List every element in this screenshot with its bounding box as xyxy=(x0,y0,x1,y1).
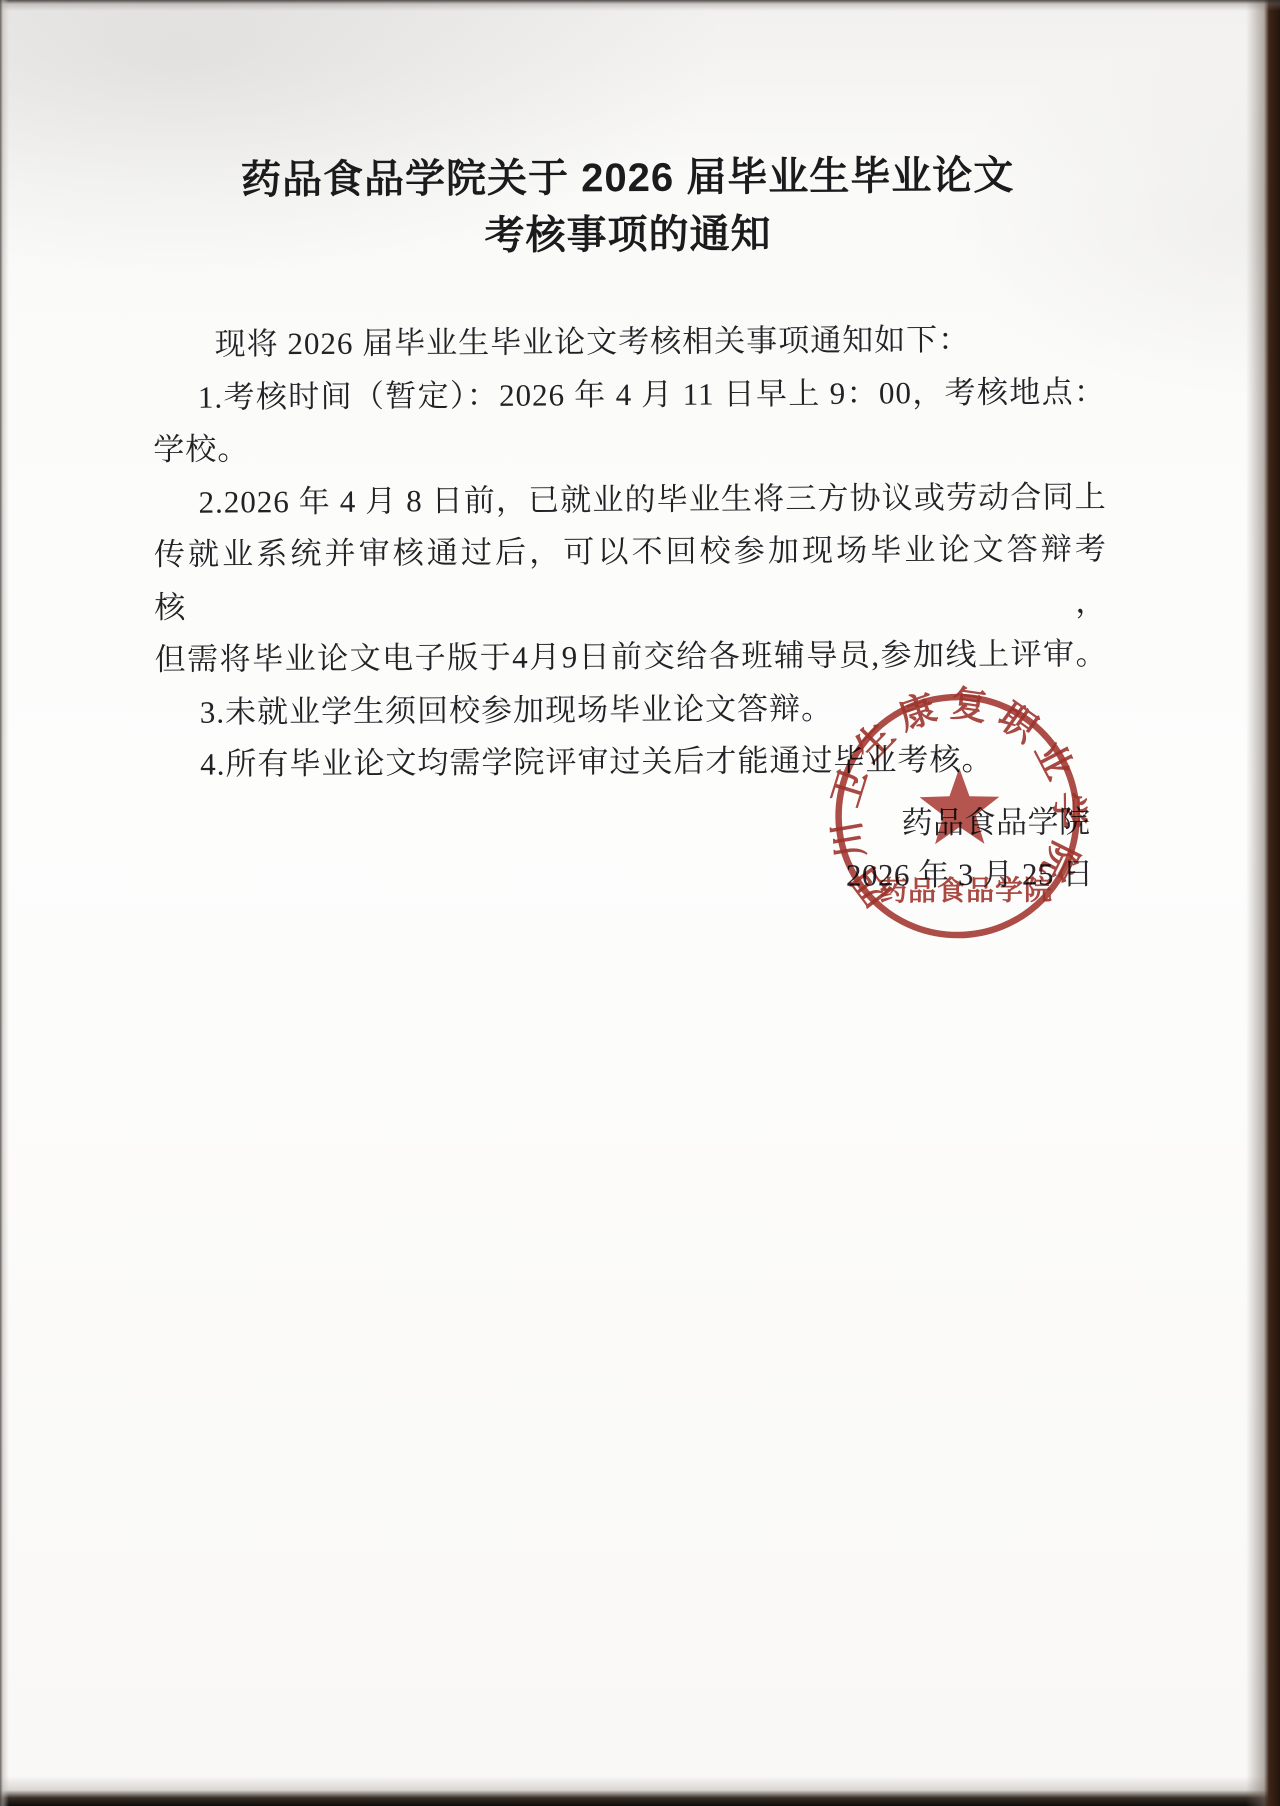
body-line: 现将 2026 届毕业生毕业论文考核相关事项通知如下： xyxy=(153,313,1106,371)
notice-title-line2: 考核事项的通知 xyxy=(0,203,1259,268)
body-line: 但需将毕业论文电子版于4月9日前交给各班辅导员,参加线上评审。 xyxy=(154,628,1107,686)
notice-body: 现将 2026 届毕业生毕业论文考核相关事项通知如下： 1.考核时间（暂定）：2… xyxy=(153,313,1109,791)
scanned-notice-page: 药品食品学院关于 2026 届毕业生毕业论文 考核事项的通知 现将 2026 届… xyxy=(0,0,1280,1806)
body-line: 传就业系统并审核通过后，可以不回校参加现场毕业论文答辩考核， xyxy=(154,523,1108,634)
body-line: 学校。 xyxy=(153,418,1106,476)
signature-department: 药品食品学院 xyxy=(901,796,1090,842)
body-line: 2.2026 年 4 月 8 日前，已就业的毕业生将三方协议或劳动合同上 xyxy=(153,471,1106,529)
document-content: 药品食品学院关于 2026 届毕业生毕业论文 考核事项的通知 现将 2026 届… xyxy=(0,0,1280,1806)
signature-date: 2026 年 3 月 25 日 xyxy=(846,848,1094,895)
body-line: 4.所有毕业论文均需学院评审过关后才能通过毕业考核。 xyxy=(155,733,1108,791)
notice-title: 药品食品学院关于 2026 届毕业生毕业论文 考核事项的通知 xyxy=(0,146,1259,268)
body-line: 3.未就业学生须回校参加现场毕业论文答辩。 xyxy=(155,681,1108,739)
notice-title-line1: 药品食品学院关于 2026 届毕业生毕业论文 xyxy=(0,146,1259,211)
body-line: 1.考核时间（暂定）：2026 年 4 月 11 日早上 9：00，考核地点： xyxy=(153,366,1106,424)
